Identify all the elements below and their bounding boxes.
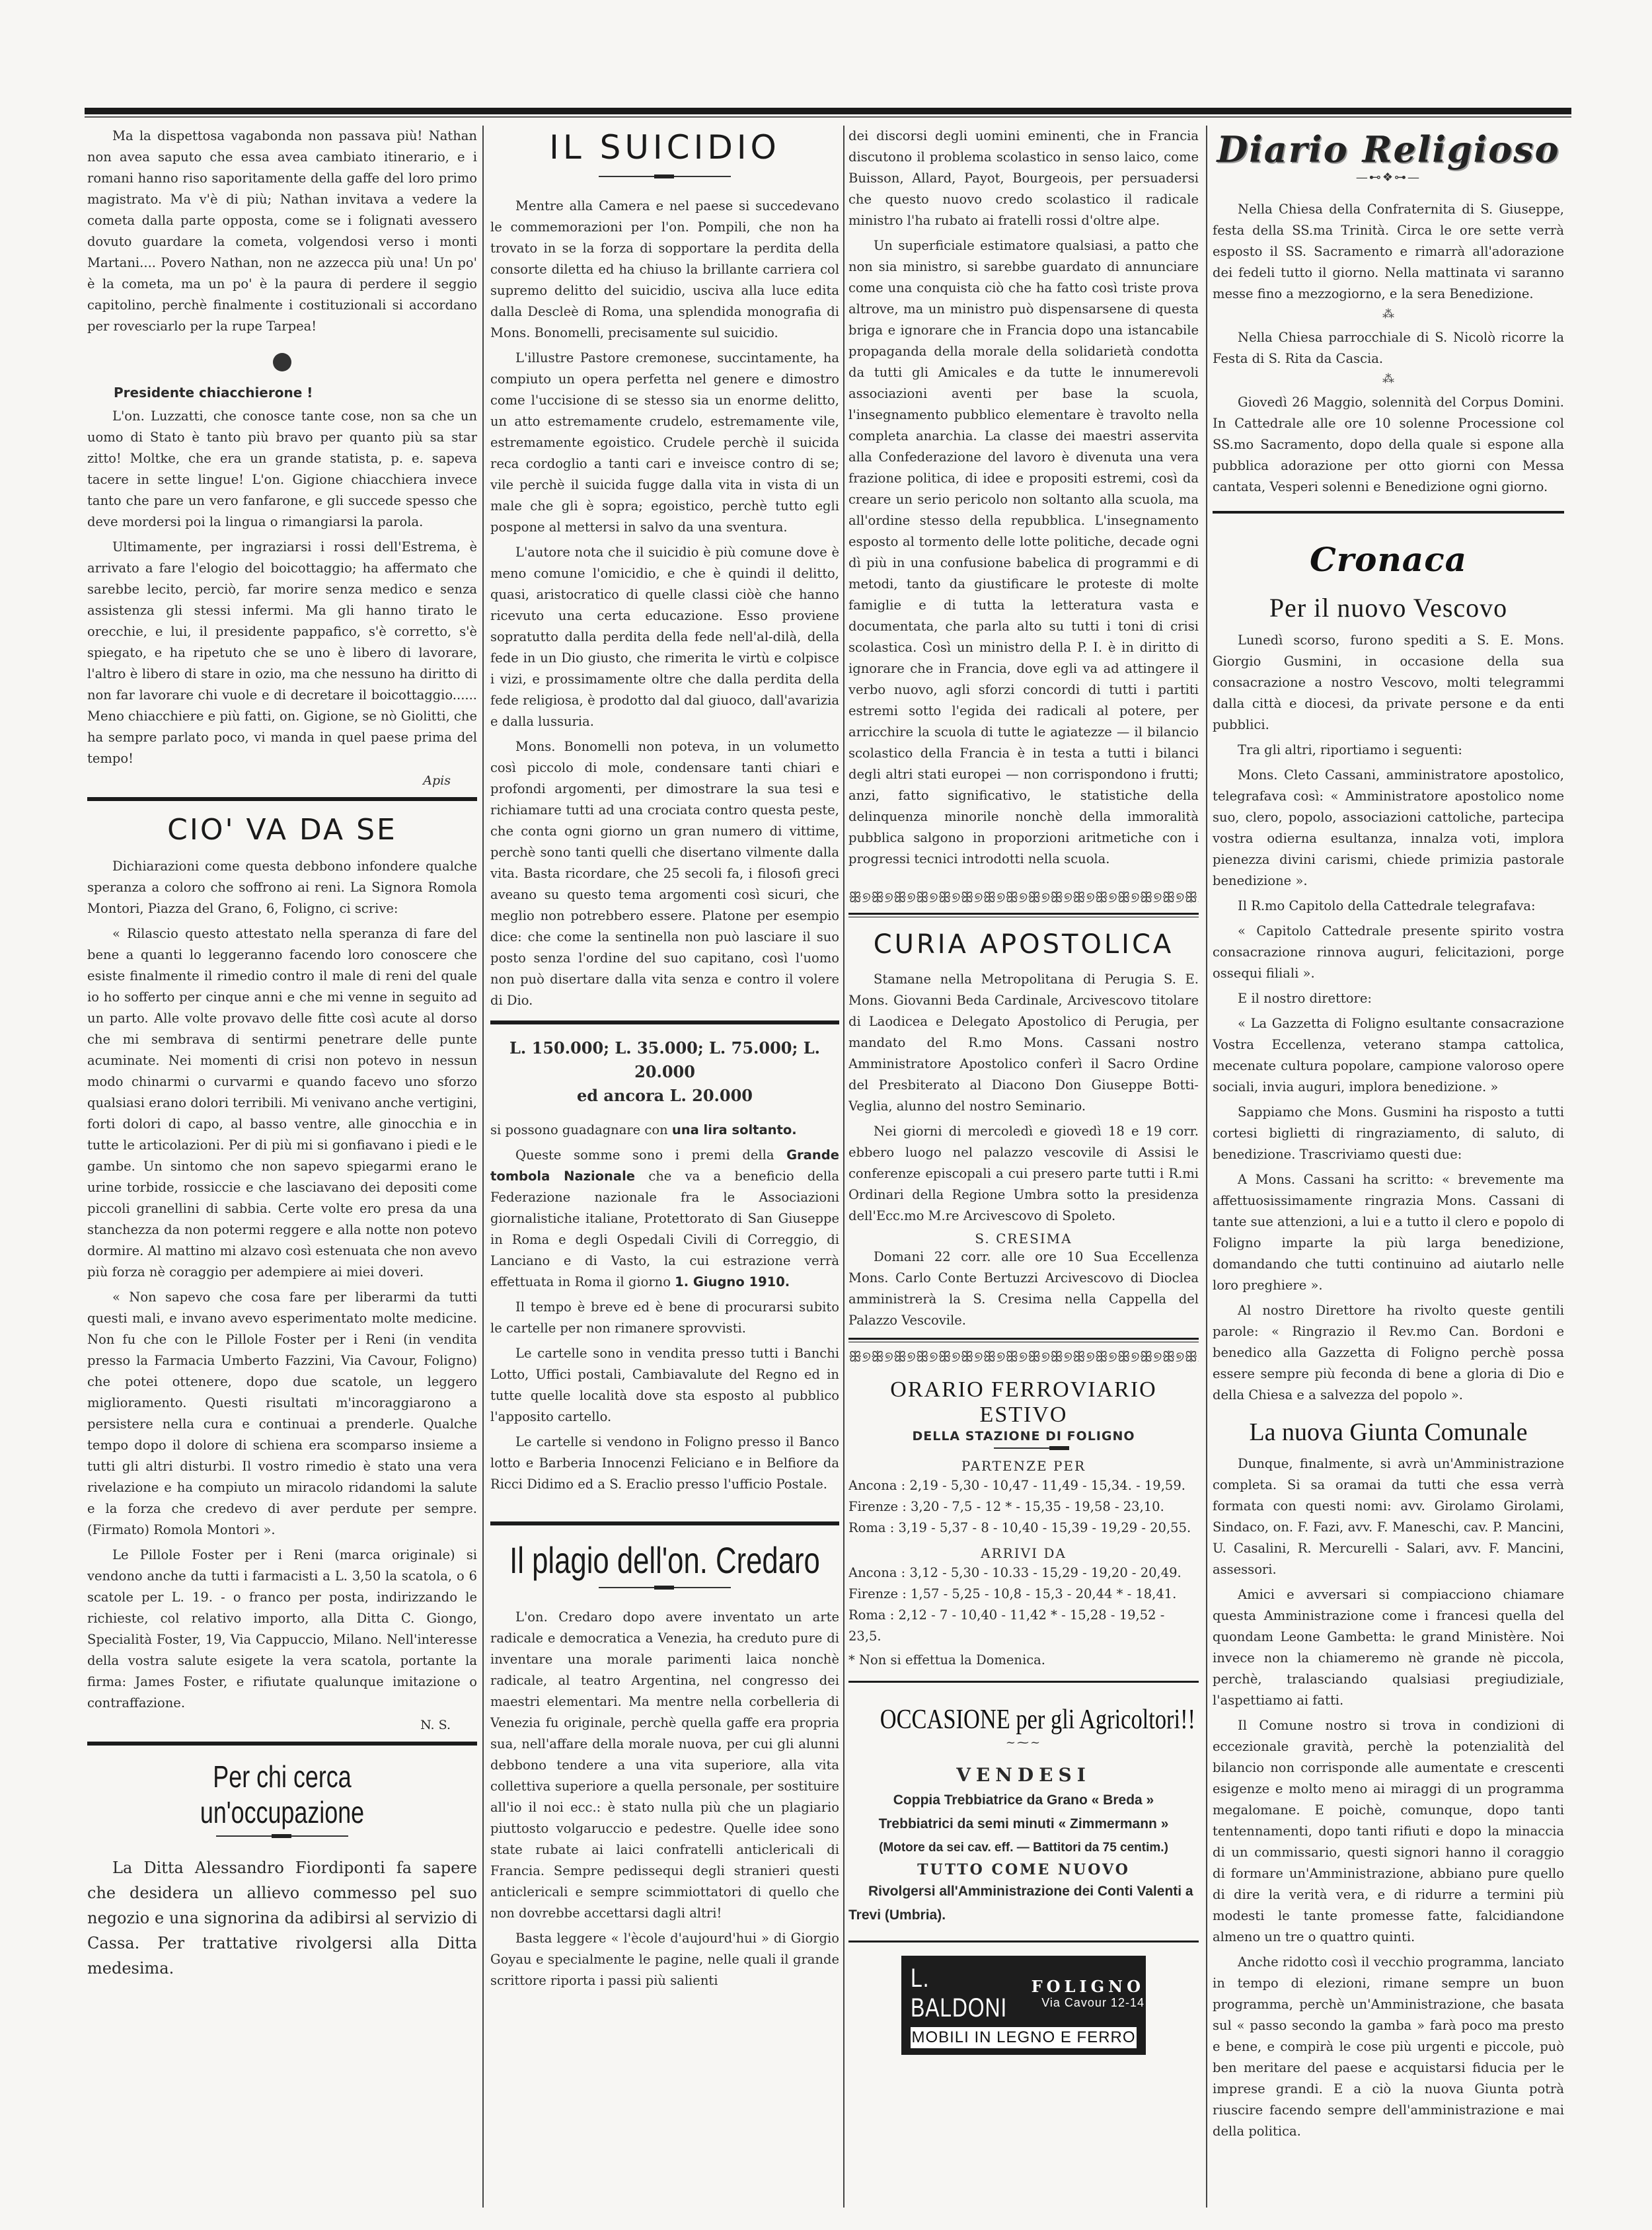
ad-tutto-come-nuovo: TUTTO COME NUOVO <box>848 1861 1199 1878</box>
ad-baldoni-city: FOLIGNO <box>1032 1977 1145 1996</box>
lottery-intro: si possono guadagnare con una lira solta… <box>490 1120 839 1141</box>
article-paragraph: Il R.mo Capitolo della Cattedrale telegr… <box>1213 896 1564 917</box>
section-rule <box>848 1338 1199 1342</box>
article-paragraph: Stamane nella Metropolitana di Perugia S… <box>848 969 1199 1117</box>
asterism-icon: ⁂ <box>1213 373 1564 385</box>
article-paragraph: « Rilascio questo attestato nella speran… <box>87 923 477 1283</box>
article-heading-curia: CURIA APOSTOLICA <box>848 929 1199 960</box>
masthead-rule <box>85 108 1571 114</box>
article-signature: Apis <box>87 773 477 788</box>
column-divider <box>482 126 484 2208</box>
ad-baldoni-address: Via Cavour 12-14 <box>1032 1996 1145 2010</box>
ad-line: Trebbiatrici da semi minuti « Zimmermann… <box>848 1812 1199 1836</box>
ad-vendesi: VENDESI <box>848 1764 1199 1786</box>
heading-divider <box>994 1447 1053 1449</box>
timetable-city: Firenze : <box>848 1499 907 1514</box>
lottery-date: 1. Giugno 1910. <box>675 1274 790 1289</box>
timetable-times: 3,20 - 7,5 - 12 * - 15,35 - 19,58 - 23,1… <box>911 1499 1164 1514</box>
text: Queste somme sono i premi della <box>515 1147 774 1163</box>
timetable-row: Ancona : 3,12 - 5,30 - 10.33 - 15,29 - 1… <box>848 1562 1199 1584</box>
ad-baldoni-tagline: MOBILI IN LEGNO E FERRO <box>911 2027 1137 2048</box>
article-paragraph: Dichiarazioni come questa debbono infond… <box>87 856 477 919</box>
article-heading-presidente: Presidente chiacchierone ! <box>114 385 477 401</box>
timetable-city: Firenze : <box>848 1586 907 1601</box>
scroll-ornament-divider: ꕥ୭ꕥ୭ꕥ୭ꕥ୭ꕥ୭ꕥ୭ꕥ୭ꕥ୭ꕥ୭ꕥ୭ꕥ୭ꕥ୭ꕥ୭ꕥ୭ꕥ୭ꕥ୭ꕥ୭ <box>848 890 1199 906</box>
section-rule <box>848 913 1199 917</box>
column-4: Diario Religioso —⊷❖⊶— Nella Chiesa dell… <box>1213 126 1564 2214</box>
timetable-times: 2,19 - 5,30 - 10,47 - 11,49 - 15,34. - 1… <box>909 1478 1185 1493</box>
article-paragraph: Nei giorni di mercoledì e giovedì 18 e 1… <box>848 1121 1199 1227</box>
column-3: dei discorsi degli uomini eminenti, che … <box>848 126 1199 2214</box>
section-rule <box>490 1020 839 1024</box>
lottery-prizes: L. 150.000; L. 35.000; L. 75.000; L. 20.… <box>490 1036 839 1084</box>
article-signature: N. S. <box>87 1718 477 1732</box>
article-paragraph: Amici e avversari si compiacciono chiama… <box>1213 1584 1564 1711</box>
article-heading-occupazione: Per chi cerca un'occupazione <box>130 1759 434 1830</box>
article-paragraph: « Non sapevo che cosa fare per liberarmi… <box>87 1287 477 1541</box>
timetable-times: 3,19 - 5,37 - 8 - 10,40 - 15,39 - 19,29 … <box>899 1520 1191 1535</box>
ad-contact: Rivolgersi all'Amministrazione dei Conti… <box>848 1880 1199 1927</box>
column-2: IL SUICIDIO Mentre alla Camera e nel pae… <box>490 126 839 2214</box>
lottery-prizes-extra: ed ancora L. 20.000 <box>490 1084 839 1108</box>
article-paragraph: Mons. Cleto Cassani, amministratore apos… <box>1213 765 1564 892</box>
timetable-row: Roma : 2,12 - 7 - 10,40 - 11,42 * - 15,2… <box>848 1605 1199 1647</box>
column-1: Ma la dispettosa vagabonda non passava p… <box>87 126 477 2214</box>
article-heading-plagio: Il plagio dell'on. Credaro <box>508 1539 821 1582</box>
article-paragraph: Giovedì 26 Maggio, solennità del Corpus … <box>1213 392 1564 498</box>
lottery-paragraph: Queste somme sono i premi della Grande t… <box>490 1145 839 1293</box>
timetable-title: ORARIO FERROVIARIO ESTIVO <box>848 1377 1199 1428</box>
article-heading-suicidio: IL SUICIDIO <box>490 128 839 167</box>
section-rule <box>848 1681 1199 1683</box>
article-heading-cio-va-da-se: CIO' VA DA SE <box>87 813 477 847</box>
section-rule <box>1213 511 1564 514</box>
timetable-row: Roma : 3,19 - 5,37 - 8 - 10,40 - 15,39 -… <box>848 1518 1199 1539</box>
section-heading-diario-religioso: Diario Religioso <box>1213 128 1564 171</box>
timetable-footnote: * Non si effettua la Domenica. <box>848 1652 1199 1668</box>
article-paragraph: Anche ridotto così il vecchio programma,… <box>1213 1952 1564 2142</box>
timetable-city: Ancona : <box>848 1478 905 1493</box>
article-paragraph: Al nostro Direttore ha rivolto queste ge… <box>1213 1300 1564 1406</box>
article-paragraph: « La Gazzetta di Foligno esultante consa… <box>1213 1013 1564 1098</box>
lottery-heading: L. 150.000; L. 35.000; L. 75.000; L. 20.… <box>490 1036 839 1108</box>
article-paragraph: Mons. Bonomelli non poteva, in un volume… <box>490 736 839 1011</box>
timetable-times: 3,12 - 5,30 - 10.33 - 15,29 - 19,20 - 20… <box>909 1565 1181 1580</box>
lottery-intro-text: si possono guadagnare con <box>490 1122 668 1137</box>
article-paragraph: La Ditta Alessandro Fiordiponti fa saper… <box>87 1855 477 1981</box>
heading-divider: —⊷❖⊶— <box>1213 171 1564 184</box>
article-paragraph: « Capitolo Cattedrale presente spirito v… <box>1213 921 1564 984</box>
ad-baldoni: L. BALDONI FOLIGNO Via Cavour 12-14 MOBI… <box>901 1956 1146 2055</box>
article-paragraph: Il tempo è breve ed è bene di procurarsi… <box>490 1297 839 1339</box>
section-rule <box>490 1521 839 1525</box>
article-paragraph: E il nostro direttore: <box>1213 988 1564 1009</box>
article-heading-vescovo: Per il nuovo Vescovo <box>1213 592 1564 623</box>
timetable-row: Ancona : 2,19 - 5,30 - 10,47 - 11,49 - 1… <box>848 1475 1199 1496</box>
timetable-departures-heading: PARTENZE PER <box>848 1458 1199 1474</box>
article-paragraph: Mentre alla Camera e nel paese si succed… <box>490 196 839 344</box>
text: che va a beneficio della Federazione naz… <box>490 1169 839 1289</box>
article-paragraph: L'on. Luzzatti, che conosce tante cose, … <box>87 406 477 533</box>
timetable-city: Ancona : <box>848 1565 905 1580</box>
article-paragraph: Un superficiale estimatore qualsiasi, a … <box>848 235 1199 870</box>
article-paragraph: L'on. Credaro dopo avere inventato un ar… <box>490 1607 839 1924</box>
article-paragraph: Lunedì scorso, furono spediti a S. E. Mo… <box>1213 630 1564 736</box>
article-paragraph: L'autore nota che il suicidio è più comu… <box>490 542 839 732</box>
masthead-rule-thin <box>85 116 1571 118</box>
article-paragraph: Nella Chiesa della Confraternita di S. G… <box>1213 199 1564 305</box>
asterism-icon: ⁂ <box>1213 309 1564 321</box>
article-heading-giunta: La nuova Giunta Comunale <box>1213 1418 1564 1447</box>
article-continuation: Ma la dispettosa vagabonda non passava p… <box>87 126 477 337</box>
article-paragraph: Le cartelle sono in vendita presso tutti… <box>490 1343 839 1428</box>
subheading-cresima: S. CRESIMA <box>848 1231 1199 1247</box>
ad-line: Coppia Trebbiatrice da Grano « Breda » <box>848 1788 1199 1812</box>
section-rule <box>87 797 477 801</box>
article-paragraph: A Mons. Cassani ha scritto: « brevemente… <box>1213 1169 1564 1296</box>
article-paragraph: L'illustre Pastore cremonese, succintame… <box>490 348 839 538</box>
article-paragraph: Tra gli altri, riportiamo i seguenti: <box>1213 740 1564 761</box>
article-paragraph: Sappiamo che Mons. Gusmini ha risposto a… <box>1213 1102 1564 1165</box>
ad-divider: ~⁓~ <box>848 1736 1199 1749</box>
section-rule <box>87 1742 477 1746</box>
ad-line: (Motore da sei cav. eff. — Battitori da … <box>848 1836 1199 1860</box>
article-paragraph: Il Comune nostro si trova in condizioni … <box>1213 1715 1564 1948</box>
article-paragraph: Le Pillole Foster per i Reni (marca orig… <box>87 1545 477 1714</box>
timetable-row: Firenze : 3,20 - 7,5 - 12 * - 15,35 - 19… <box>848 1496 1199 1518</box>
bullet-dot-icon <box>273 353 291 371</box>
ad-agricoltori-title: OCCASIONE per gli Agricoltori!! <box>880 1704 1168 1736</box>
lottery-intro-emphasis: una lira soltanto. <box>672 1122 797 1137</box>
column-divider <box>1206 126 1207 2208</box>
timetable-subtitle: DELLA STAZIONE DI FOLIGNO <box>848 1429 1199 1443</box>
article-paragraph: Basta leggere « l'ècole d'aujourd'hui » … <box>490 1928 839 1991</box>
heading-divider <box>599 176 731 177</box>
timetable-times: 2,12 - 7 - 10,40 - 11,42 * - 15,28 - 19,… <box>848 1607 1164 1644</box>
article-continuation: dei discorsi degli uomini eminenti, che … <box>848 126 1199 231</box>
timetable-row: Firenze : 1,57 - 5,25 - 10,8 - 15,3 - 20… <box>848 1584 1199 1605</box>
article-paragraph: Domani 22 corr. alle ore 10 Sua Eccellen… <box>848 1247 1199 1331</box>
column-divider <box>843 126 845 2208</box>
timetable-city: Roma : <box>848 1520 894 1535</box>
timetable-city: Roma : <box>848 1607 894 1623</box>
section-rule <box>848 1941 1199 1942</box>
article-paragraph: Le cartelle si vendono in Foligno presso… <box>490 1432 839 1495</box>
article-paragraph: Nella Chiesa parrocchiale di S. Nicolò r… <box>1213 327 1564 369</box>
timetable-arrivals-heading: ARRIVI DA <box>848 1545 1199 1561</box>
heading-divider <box>599 1587 731 1588</box>
heading-divider <box>216 1835 348 1837</box>
section-heading-cronaca: Cronaca <box>1213 540 1564 579</box>
scroll-ornament-divider: ꕥ୭ꕥ୭ꕥ୭ꕥ୭ꕥ୭ꕥ୭ꕥ୭ꕥ୭ꕥ୭ꕥ୭ꕥ୭ꕥ୭ꕥ୭ꕥ୭ꕥ୭ꕥ୭ꕥ୭ <box>848 1349 1199 1365</box>
article-paragraph: Dunque, finalmente, si avrà un'Amministr… <box>1213 1453 1564 1580</box>
ad-baldoni-name: L. BALDONI <box>911 1964 1007 2023</box>
article-paragraph: Ultimamente, per ingraziarsi i rossi del… <box>87 537 477 769</box>
timetable-times: 1,57 - 5,25 - 10,8 - 15,3 - 20,44 * - 18… <box>911 1586 1176 1601</box>
